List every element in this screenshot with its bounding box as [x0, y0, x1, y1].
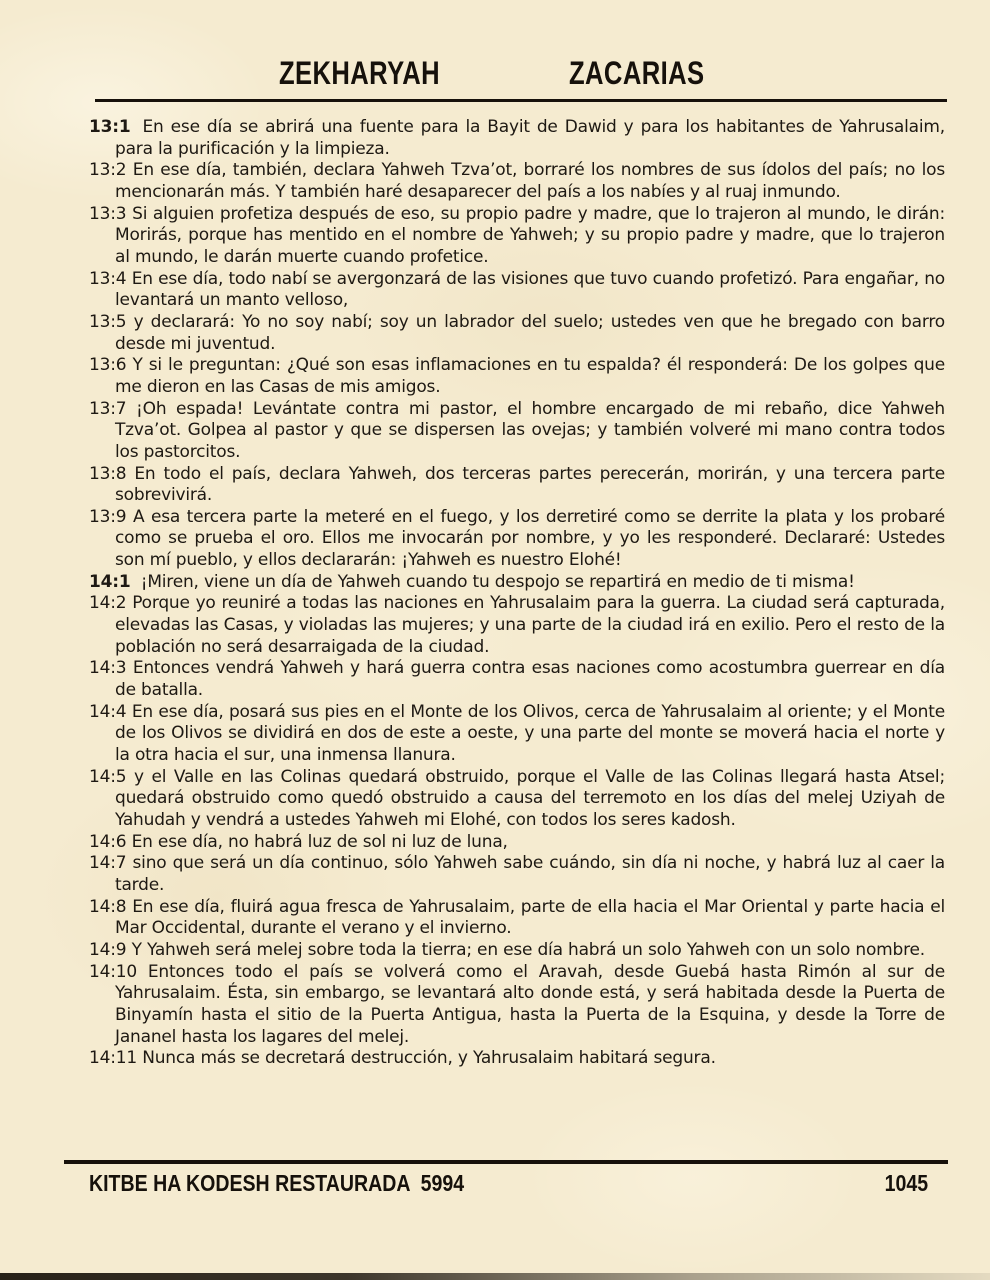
verse-text: ¡Oh espada! Levántate contra mi pastor, … [115, 399, 945, 462]
header-rule [95, 99, 947, 102]
verse: 14:8 En ese día, fluirá agua fresca de Y… [89, 897, 945, 940]
verse-text: Y Yahweh será melej sobre toda la tierra… [132, 940, 925, 960]
verse-text: Porque yo reuniré a todas las naciones e… [115, 593, 945, 656]
verse: 14:10 Entonces todo el país se volverá c… [89, 962, 945, 1049]
book-title-spanish: ZACARIAS [569, 57, 704, 89]
verse: 14:7 sino que será un día continuo, sólo… [89, 853, 945, 896]
verse-number: 14:9 [89, 940, 126, 960]
verse-text: Entonces vendrá Yahweh y hará guerra con… [115, 658, 945, 700]
verse-text: En todo el país, declara Yahweh, dos ter… [115, 464, 945, 506]
verse-number: 14:8 [89, 897, 126, 917]
verse-text: sino que será un día continuo, sólo Yahw… [115, 853, 945, 895]
verse: 13:1 En ese día se abrirá una fuente par… [89, 117, 945, 160]
verse: 14:5 y el Valle en las Colinas quedará o… [89, 767, 945, 832]
verse: 14:4 En ese día, posará sus pies en el M… [89, 702, 945, 767]
footer-edition-label: KITBE HA KODESH RESTAURADA 5994 [89, 1172, 464, 1195]
verse-text: y el Valle en las Colinas quedará obstru… [115, 767, 945, 830]
verse: 14:2 Porque yo reuniré a todas las nacio… [89, 593, 945, 658]
verse: 13:5 y declarará: Yo no soy nabí; soy un… [89, 312, 945, 355]
verse: 14:6 En ese día, no habrá luz de sol ni … [89, 832, 945, 854]
verse-number: 13:1 [89, 117, 130, 137]
verse: 13:2 En ese día, también, declara Yahweh… [89, 160, 945, 203]
verse-text: Si alguien profetiza después de eso, su … [115, 204, 945, 267]
verse: 13:6 Y si le preguntan: ¿Qué son esas in… [89, 355, 945, 398]
scripture-page: ZEKHARYAH ZACARIAS 13:1 En ese día se ab… [0, 0, 990, 1280]
footer-page-number: 1045 [885, 1172, 928, 1195]
verse-number: 13:9 [89, 507, 126, 527]
verse: 14:3 Entonces vendrá Yahweh y hará guerr… [89, 658, 945, 701]
verse-text: En ese día, posará sus pies en el Monte … [115, 702, 945, 765]
verse-text: En ese día, no habrá luz de sol ni luz d… [132, 832, 508, 852]
verse-text: y declarará: Yo no soy nabí; soy un labr… [115, 312, 945, 354]
verse-number: 14:6 [89, 832, 126, 852]
verse-text: En ese día, también, declara Yahweh Tzva… [115, 160, 945, 202]
verse-number: 14:11 [89, 1048, 137, 1068]
verse-number: 14:5 [89, 767, 126, 787]
verse-number: 13:5 [89, 312, 126, 332]
verse-number: 13:3 [89, 204, 126, 224]
verse-number: 14:10 [89, 962, 137, 982]
footer-rule [64, 1160, 948, 1164]
verse-number: 13:2 [89, 160, 126, 180]
verse-text: En ese día, todo nabí se avergonzará de … [115, 269, 945, 311]
verse-text: A esa tercera parte la meteré en el fueg… [115, 507, 945, 570]
verse: 13:3 Si alguien profetiza después de eso… [89, 204, 945, 269]
verse-text: ¡Miren, viene un día de Yahweh cuando tu… [141, 572, 855, 592]
verse-text: En ese día, fluirá agua fresca de Yahrus… [115, 897, 945, 939]
verse-number: 14:4 [89, 702, 126, 722]
verse: 13:4 En ese día, todo nabí se avergonzar… [89, 269, 945, 312]
verse-text: En ese día se abrirá una fuente para la … [115, 117, 945, 159]
verse: 14:9 Y Yahweh será melej sobre toda la t… [89, 940, 945, 962]
verse-number: 13:8 [89, 464, 126, 484]
verse-text: Nunca más se decretará destrucción, y Ya… [142, 1048, 716, 1068]
verse-number: 14:1 [89, 572, 130, 592]
verse-number: 13:6 [89, 355, 126, 375]
verse: 13:7 ¡Oh espada! Levántate contra mi pas… [89, 399, 945, 464]
verse-number: 13:4 [89, 269, 126, 289]
verse-number: 14:7 [89, 853, 126, 873]
verse-text: Entonces todo el país se volverá como el… [115, 962, 945, 1047]
verse-number: 14:2 [89, 593, 126, 613]
verse: 13:9 A esa tercera parte la meteré en el… [89, 507, 945, 572]
bottom-scan-edge [0, 1273, 990, 1280]
book-title-hebrew: ZEKHARYAH [279, 57, 440, 89]
verse: 14:11 Nunca más se decretará destrucción… [89, 1048, 945, 1070]
verse-list: 13:1 En ese día se abrirá una fuente par… [89, 117, 945, 1157]
verse-number: 13:7 [89, 399, 126, 419]
verse-number: 14:3 [89, 658, 126, 678]
verse: 14:1 ¡Miren, viene un día de Yahweh cuan… [89, 572, 945, 594]
verse: 13:8 En todo el país, declara Yahweh, do… [89, 464, 945, 507]
verse-text: Y si le preguntan: ¿Qué son esas inflama… [115, 355, 945, 397]
